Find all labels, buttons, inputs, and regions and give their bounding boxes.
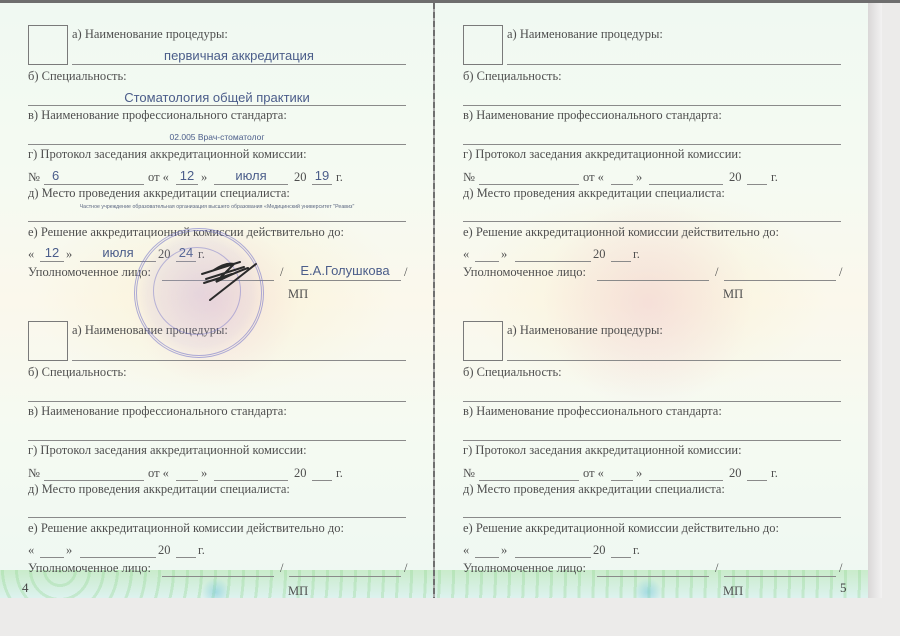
protocol-number-line	[44, 184, 144, 185]
protocol-year-line	[312, 480, 332, 481]
protocol-year-suffix: г.	[336, 170, 343, 185]
protocol-day-close: »	[636, 466, 642, 481]
valid-day-line	[475, 557, 499, 558]
protocol-number-line	[44, 480, 144, 481]
protocol-no-prefix: №	[463, 466, 475, 481]
decision-label: е) Решение аккредитационной комиссии дей…	[463, 521, 779, 536]
protocol-year-prefix: 20	[294, 170, 307, 185]
authorized-separator: /	[715, 561, 718, 576]
protocol-day-line	[611, 184, 633, 185]
protocol-no-prefix: №	[28, 170, 40, 185]
valid-year-line	[176, 557, 196, 558]
protocol-from: от «	[148, 170, 169, 185]
standard-label: в) Наименование профессионального станда…	[28, 404, 287, 419]
page-right: а) Наименование процедуры: б) Специально…	[435, 3, 868, 598]
valid-open-quote: «	[28, 543, 34, 558]
protocol-day-line	[176, 480, 198, 481]
standard-value: 02.005 Врач-стоматолог	[28, 132, 406, 142]
specialty-line	[463, 401, 841, 402]
valid-year-line	[611, 557, 631, 558]
valid-month-line	[515, 557, 591, 558]
page-number-left: 4	[22, 580, 29, 596]
valid-day: 12	[40, 245, 64, 260]
valid-close-quote: »	[66, 247, 72, 262]
valid-day-line	[40, 261, 64, 262]
protocol-number: 6	[44, 168, 152, 183]
valid-year-suffix: г.	[633, 543, 640, 558]
protocol-year-suffix: г.	[336, 466, 343, 481]
decision-label: е) Решение аккредитационной комиссии дей…	[463, 225, 779, 240]
seal-label: МП	[723, 584, 743, 599]
protocol-from: от «	[148, 466, 169, 481]
place-value: Частное учреждение образовательная орган…	[28, 204, 406, 210]
procedure-label: а) Наименование процедуры:	[507, 27, 663, 42]
protocol-day-line	[176, 184, 198, 185]
valid-open-quote: «	[463, 543, 469, 558]
procedure-line	[72, 360, 406, 361]
authorized-label: Уполномоченное лицо:	[28, 561, 151, 576]
authorized-name-line	[289, 576, 401, 577]
specialty-label: б) Специальность:	[463, 69, 562, 84]
seal-label: МП	[288, 584, 308, 599]
protocol-month-line	[214, 184, 288, 185]
place-line	[28, 221, 406, 222]
place-line	[28, 517, 406, 518]
protocol-from: от «	[583, 466, 604, 481]
specialty-label: б) Специальность:	[28, 69, 127, 84]
valid-open-quote: «	[28, 247, 34, 262]
protocol-year-line	[747, 184, 767, 185]
authorized-name: Е.А.Голушкова	[289, 263, 401, 278]
procedure-line	[72, 64, 406, 65]
procedure-label: а) Наименование процедуры:	[72, 27, 228, 42]
seal-label: МП	[288, 287, 308, 302]
specialty-line	[28, 105, 406, 106]
specialty-line	[28, 401, 406, 402]
protocol-day-close: »	[201, 170, 207, 185]
valid-year-prefix: 20	[158, 543, 171, 558]
authorized-signature-line	[597, 576, 709, 577]
valid-year-line	[611, 261, 631, 262]
protocol-from: от «	[583, 170, 604, 185]
decision-label: е) Решение аккредитационной комиссии дей…	[28, 521, 344, 536]
standard-label: в) Наименование профессионального станда…	[28, 108, 287, 123]
authorized-separator: /	[715, 265, 718, 280]
authorized-name-line	[289, 280, 401, 281]
signature	[196, 252, 276, 304]
valid-month-line	[80, 557, 156, 558]
page-number-right: 5	[840, 580, 847, 596]
mark-box	[28, 321, 68, 361]
protocol-label: г) Протокол заседания аккредитационной к…	[28, 147, 307, 162]
authorized-end: /	[839, 265, 842, 280]
protocol-day-close: »	[636, 170, 642, 185]
authorized-end: /	[404, 265, 407, 280]
protocol-day-close: »	[201, 466, 207, 481]
authorized-label: Уполномоченное лицо:	[463, 561, 586, 576]
valid-month-line	[515, 261, 591, 262]
protocol-year: 19	[312, 168, 332, 183]
standard-line	[463, 144, 841, 145]
protocol-year-suffix: г.	[771, 466, 778, 481]
place-label: д) Место проведения аккредитации специал…	[28, 186, 290, 201]
procedure-label: а) Наименование процедуры:	[507, 323, 663, 338]
protocol-month-line	[214, 480, 288, 481]
standard-line	[28, 144, 406, 145]
protocol-year-prefix: 20	[729, 466, 742, 481]
specialty-label: б) Специальность:	[463, 365, 562, 380]
authorized-end: /	[404, 561, 407, 576]
protocol-year-suffix: г.	[771, 170, 778, 185]
scan-right-edge	[868, 3, 882, 598]
procedure-line	[507, 360, 841, 361]
specialty-value: Стоматология общей практики	[28, 90, 406, 105]
valid-close-quote: »	[501, 247, 507, 262]
valid-year-suffix: г.	[198, 543, 205, 558]
place-label: д) Место проведения аккредитации специал…	[463, 186, 725, 201]
valid-year-prefix: 20	[593, 543, 606, 558]
authorized-label: Уполномоченное лицо:	[463, 265, 586, 280]
procedure-line	[507, 64, 841, 65]
protocol-number-line	[479, 480, 579, 481]
authorized-end: /	[839, 561, 842, 576]
authorized-label: Уполномоченное лицо:	[28, 265, 151, 280]
standard-line	[28, 440, 406, 441]
protocol-month-line	[649, 480, 723, 481]
valid-day-line	[40, 557, 64, 558]
protocol-label: г) Протокол заседания аккредитационной к…	[463, 443, 742, 458]
place-line	[463, 517, 841, 518]
authorized-signature-line	[597, 280, 709, 281]
standard-line	[463, 440, 841, 441]
seal-label: МП	[723, 287, 743, 302]
protocol-label: г) Протокол заседания аккредитационной к…	[463, 147, 742, 162]
valid-close-quote: »	[501, 543, 507, 558]
protocol-label: г) Протокол заседания аккредитационной к…	[28, 443, 307, 458]
protocol-number-line	[479, 184, 579, 185]
valid-day-line	[475, 261, 499, 262]
protocol-month: июля	[214, 168, 288, 183]
valid-close-quote: »	[66, 543, 72, 558]
specialty-label: б) Специальность:	[28, 365, 127, 380]
valid-year-prefix: 20	[593, 247, 606, 262]
protocol-no-prefix: №	[463, 170, 475, 185]
place-line	[463, 221, 841, 222]
protocol-day-line	[611, 480, 633, 481]
protocol-year-line	[312, 184, 332, 185]
valid-year-suffix: г.	[633, 247, 640, 262]
mark-box	[463, 25, 503, 65]
standard-label: в) Наименование профессионального станда…	[463, 404, 722, 419]
protocol-year-prefix: 20	[729, 170, 742, 185]
mark-box	[463, 321, 503, 361]
procedure-value: первичная аккредитация	[72, 48, 406, 63]
protocol-day: 12	[176, 168, 198, 183]
specialty-line	[463, 105, 841, 106]
authorized-name-line	[724, 280, 836, 281]
authorized-name-line	[724, 576, 836, 577]
authorized-separator: /	[280, 561, 283, 576]
protocol-no-prefix: №	[28, 466, 40, 481]
authorized-separator: /	[280, 265, 283, 280]
protocol-month-line	[649, 184, 723, 185]
place-label: д) Место проведения аккредитации специал…	[28, 482, 290, 497]
place-label: д) Место проведения аккредитации специал…	[463, 482, 725, 497]
protocol-year-line	[747, 480, 767, 481]
standard-label: в) Наименование профессионального станда…	[463, 108, 722, 123]
valid-open-quote: «	[463, 247, 469, 262]
protocol-year-prefix: 20	[294, 466, 307, 481]
mark-box	[28, 25, 68, 65]
authorized-signature-line	[162, 576, 274, 577]
